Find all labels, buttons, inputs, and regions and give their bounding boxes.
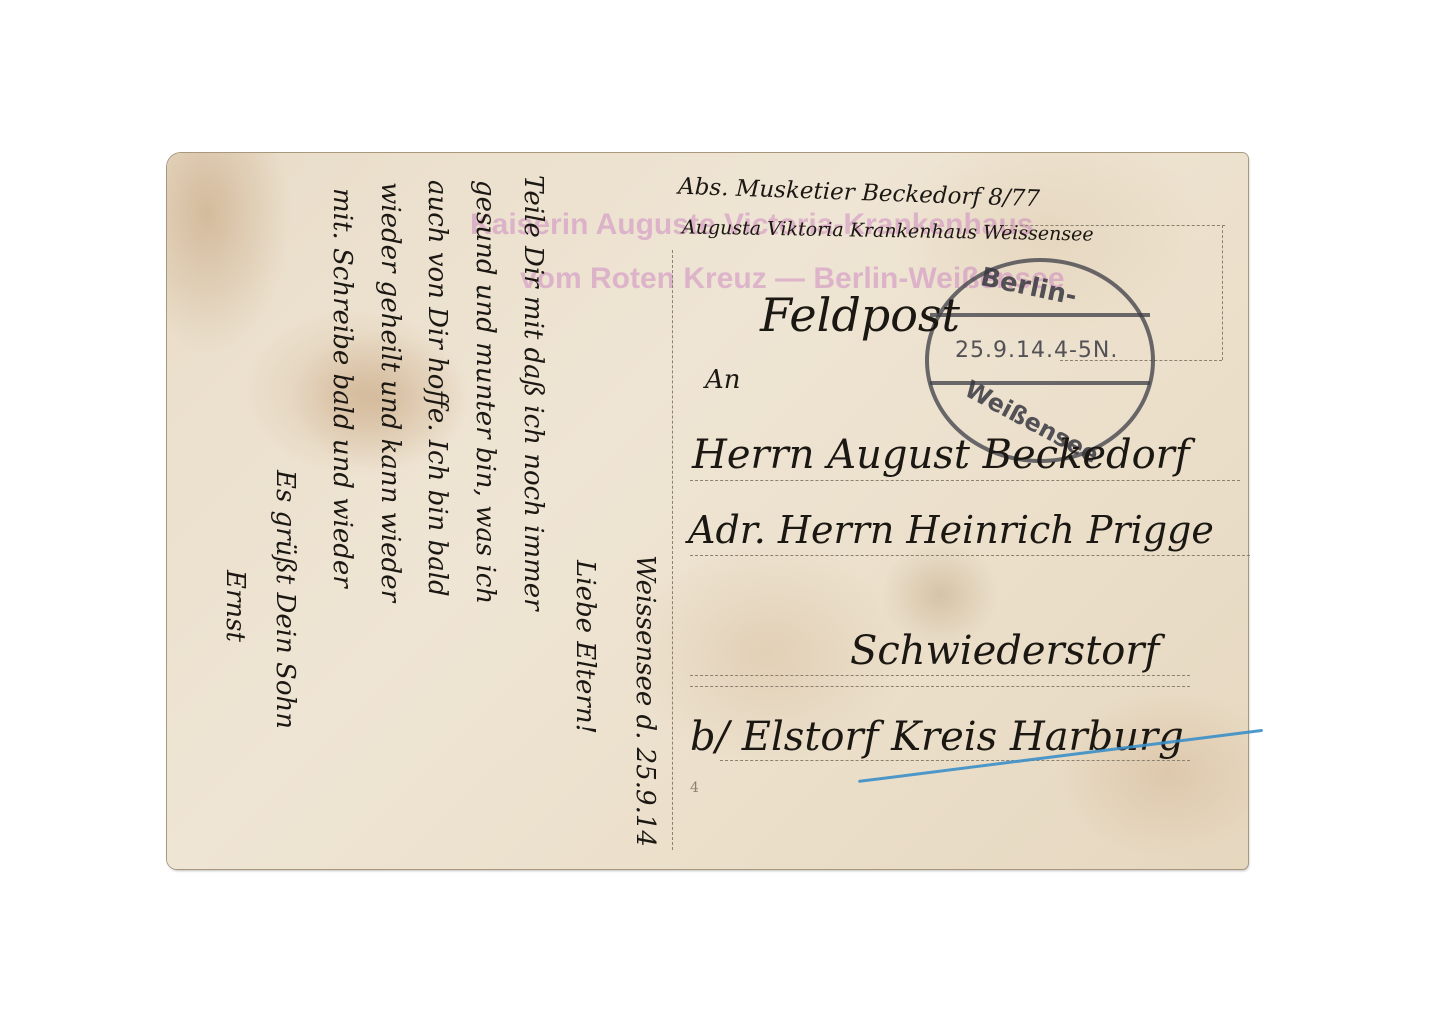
message-line: Teile Dir mit daß ich noch immer (518, 175, 548, 611)
address-line-4 (690, 686, 1190, 687)
message-place-date: Weissensee d. 25.9.14 (630, 555, 660, 847)
feldpost-heading: Feldpost (760, 288, 960, 342)
address-line-2 (690, 555, 1250, 556)
message-line: Es grüßt Dein Sohn (270, 470, 300, 729)
recipient-district: b/ Elstorf Kreis Harburg (690, 714, 1184, 760)
recipient-place: Schwiederstorf (850, 628, 1159, 674)
salutation-prefix: An (705, 365, 741, 395)
message-line: mit. Schreibe bald und wieder (327, 188, 357, 588)
address-line-3 (690, 675, 1190, 676)
postmark-date: 25.9.14.4-5N. (955, 338, 1118, 363)
message-line: auch von Dir hoffe. Ich bin bald (422, 180, 452, 597)
message-signature: Ernst (220, 570, 250, 642)
address-line-1 (690, 480, 1240, 481)
divider-line (672, 250, 673, 850)
message-line: wieder geheilt und kann wieder (375, 182, 405, 602)
recipient-care-of: Adr. Herrn Heinrich Prigge (688, 508, 1214, 552)
message-greeting: Liebe Eltern! (570, 560, 600, 734)
address-line-5 (720, 760, 1190, 761)
stamp-box-right (1222, 225, 1223, 360)
message-line: gesund und munter bin, was ich (470, 180, 500, 604)
recipient-name: Herrn August Beckedorf (692, 432, 1190, 478)
small-mark: 4 (690, 780, 699, 796)
